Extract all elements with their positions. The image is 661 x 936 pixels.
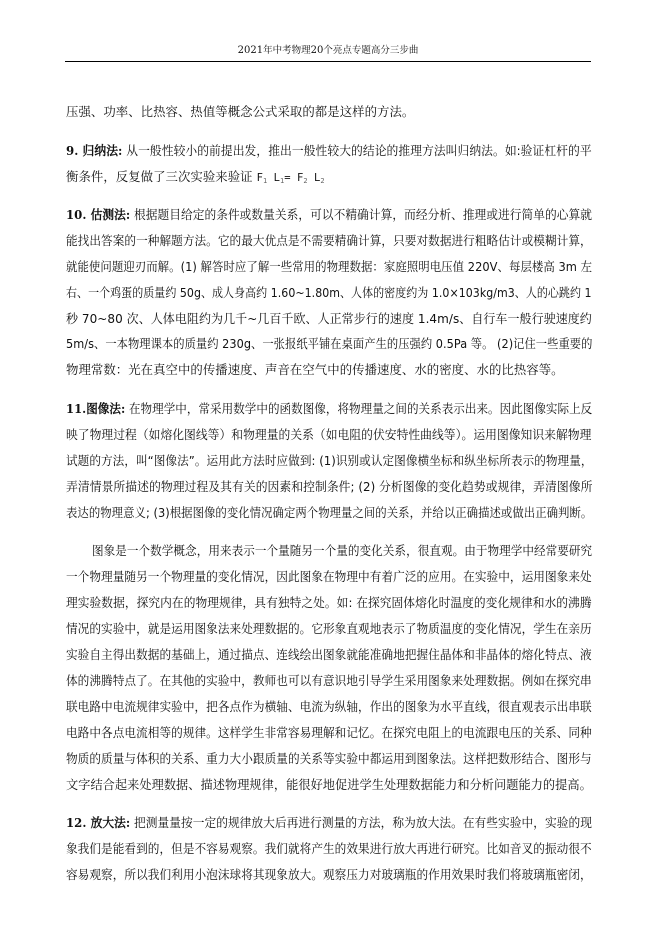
- paragraph-10-line-1: 10. 估测法: 根据题目给定的条件或数量关系，可以不精确计算，而经分析、推理或…: [66, 206, 592, 224]
- paragraph-text: 衡条件，反复做了三次实验来验证: [66, 169, 257, 184]
- paragraph-9-line-2: 衡条件，反复做了三次实验来验证 F1 L1= F2 L2: [66, 168, 592, 186]
- paragraph-8-tail: 压强、功率、比热容、热值等概念公式采取的都是这样的方法。: [66, 103, 592, 121]
- paragraph-11-line-4: 弄清情景所描述的物理过程及其有关的因素和控制条件; (2) 分析图像的变化趋势或…: [66, 478, 592, 496]
- paragraph-12-line-7: 联电路中电流规律实验中，把各点作为横轴、电流为纵轴，作出的图象为水平直线，很直观…: [66, 698, 592, 716]
- header-count: 20: [311, 45, 324, 56]
- paragraph-13-line-3: 容易观察，所以我们利用小泡沫球将其现象放大。观察压力对玻璃瓶的作用效果时我们将玻…: [66, 866, 592, 884]
- section-label-graph: 11.图像法:: [66, 401, 125, 416]
- paragraph-text: 从一般性较小的前提出发，推出一般性较大的结论的推理方法叫归纳法。如:验证杠杆的平: [122, 143, 591, 158]
- paragraph-10-line-2: 能找出答案的一种解题方法。它的最大优点是不需要精确计算，只要对数据进行粗略估计或…: [66, 232, 592, 250]
- paragraph-12-line-3: 理实验数据，探究内在的物理规律，具有独特之处。如: 在探究固体熔化时温度的变化规…: [66, 594, 592, 612]
- paragraph-12-line-10: 文字结合起来处理数据、描述物理规律，能很好地促进学生处理数据能力和分析问题能力的…: [66, 776, 592, 794]
- paragraph-text: 根据题目给定的条件或数量关系，可以不精确计算，而经分析、推理或进行简单的心算就: [130, 207, 592, 222]
- paragraph-13-line-2: 象我们是能看到的，但是不容易观察。我们就将产生的效果进行放大再进行研究。比如音叉…: [66, 840, 592, 858]
- paragraph-11-line-2: 映了物理过程（如熔化图线等）和物理量的关系（如电阻的伏安特性曲线等）。运用图像知…: [66, 426, 592, 444]
- formula: F1 L1= F2 L2: [257, 172, 325, 184]
- paragraph-12-line-1: 图象是一个数学概念，用来表示一个量随另一个量的变化关系，很直观。由于物理学中经常…: [92, 542, 592, 560]
- paragraph-11-line-3: 试题的方法，叫“图像法”。运用此方法时应做到: (1)识别或认定图像横坐标和纵坐…: [66, 452, 592, 470]
- paragraph-12-line-2: 一个物理量随另一个物理量的变化情况，因此图象在物理中有着广泛的应用。在实验中，运…: [66, 568, 592, 586]
- paragraph-10-line-6: 5m/s、一本物理课本的质量约 230g、一张报纸平铺在桌面产生的压强约 0.5…: [66, 335, 592, 353]
- header-title-part1: 年中考物理: [263, 45, 311, 56]
- paragraph-12-line-4: 情况的实验中，就是运用图象法来处理数据的。它形象直观地表示了物质温度的变化情况，…: [66, 620, 592, 638]
- paragraph-10-line-4: 右、一个鸡蛋的质量约 50g、成人身高约 1.60~1.80m、人体的密度约为 …: [66, 284, 592, 302]
- section-label-estimation: 10. 估测法:: [66, 207, 130, 222]
- section-label-induction: 9. 归纳法:: [66, 143, 122, 158]
- paragraph-9-line-1: 9. 归纳法: 从一般性较小的前提出发，推出一般性较大的结论的推理方法叫归纳法。…: [66, 142, 592, 160]
- section-label-magnification: 12. 放大法:: [66, 815, 130, 830]
- paragraph-11-line-5: 表达的物理意义; (3)根据图像的变化情况确定两个物理量之间的关系，并给以正确描…: [66, 504, 592, 522]
- header-rule: [65, 61, 591, 62]
- paragraph-12-line-6: 体的沸腾特点了。在其他的实验中，教师也可以有意识地引导学生采用图象来处理数据。例…: [66, 672, 592, 690]
- paragraph-text: 把测量量按一定的规律放大后再进行测量的方法，称为放大法。在有些实验中，实验的现: [130, 815, 592, 830]
- paragraph-11-line-1: 11.图像法: 在物理学中，常采用数学中的函数图像，将物理量之间的关系表示出来。…: [66, 400, 592, 418]
- page-header: 2021年中考物理20个亮点专题高分三步曲: [65, 40, 591, 62]
- paragraph-10-line-5: 秒 70~80 次、人体电阻约为几千~几百千欧、人正常步行的速度 1.4m/s、…: [66, 310, 592, 328]
- header-title-part2: 个亮点专题高分三步曲: [323, 45, 418, 56]
- header-year: 2021: [238, 45, 263, 56]
- paragraph-10-line-3: 就能使问题迎刃而解。(1) 解答时应了解一些常用的物理数据：家庭照明电压值 22…: [66, 258, 592, 276]
- paragraph-12-line-9: 物质的质量与体积的关系、重力大小跟质量的关系等实验中都运用到图象法。这样把数形结…: [66, 750, 592, 768]
- paragraph-13-line-1: 12. 放大法: 把测量量按一定的规律放大后再进行测量的方法，称为放大法。在有些…: [66, 814, 592, 832]
- paragraph-12-line-5: 实验自主得出数据的基础上，通过描点、连线绘出图象就能准确地把握住晶体和非晶体的熔…: [66, 646, 592, 664]
- paragraph-12-line-8: 电路中各点电流相等的规律。这样学生非常容易理解和记忆。在探究电阻上的电流跟电压的…: [66, 724, 592, 742]
- paragraph-text: 在物理学中，常采用数学中的函数图像，将物理量之间的关系表示出来。因此图像实际上反: [125, 401, 592, 416]
- paragraph-10-line-7: 物理常数：光在真空中的传播速度、声音在空气中的传播速度、水的密度、水的比热容等。: [66, 361, 592, 379]
